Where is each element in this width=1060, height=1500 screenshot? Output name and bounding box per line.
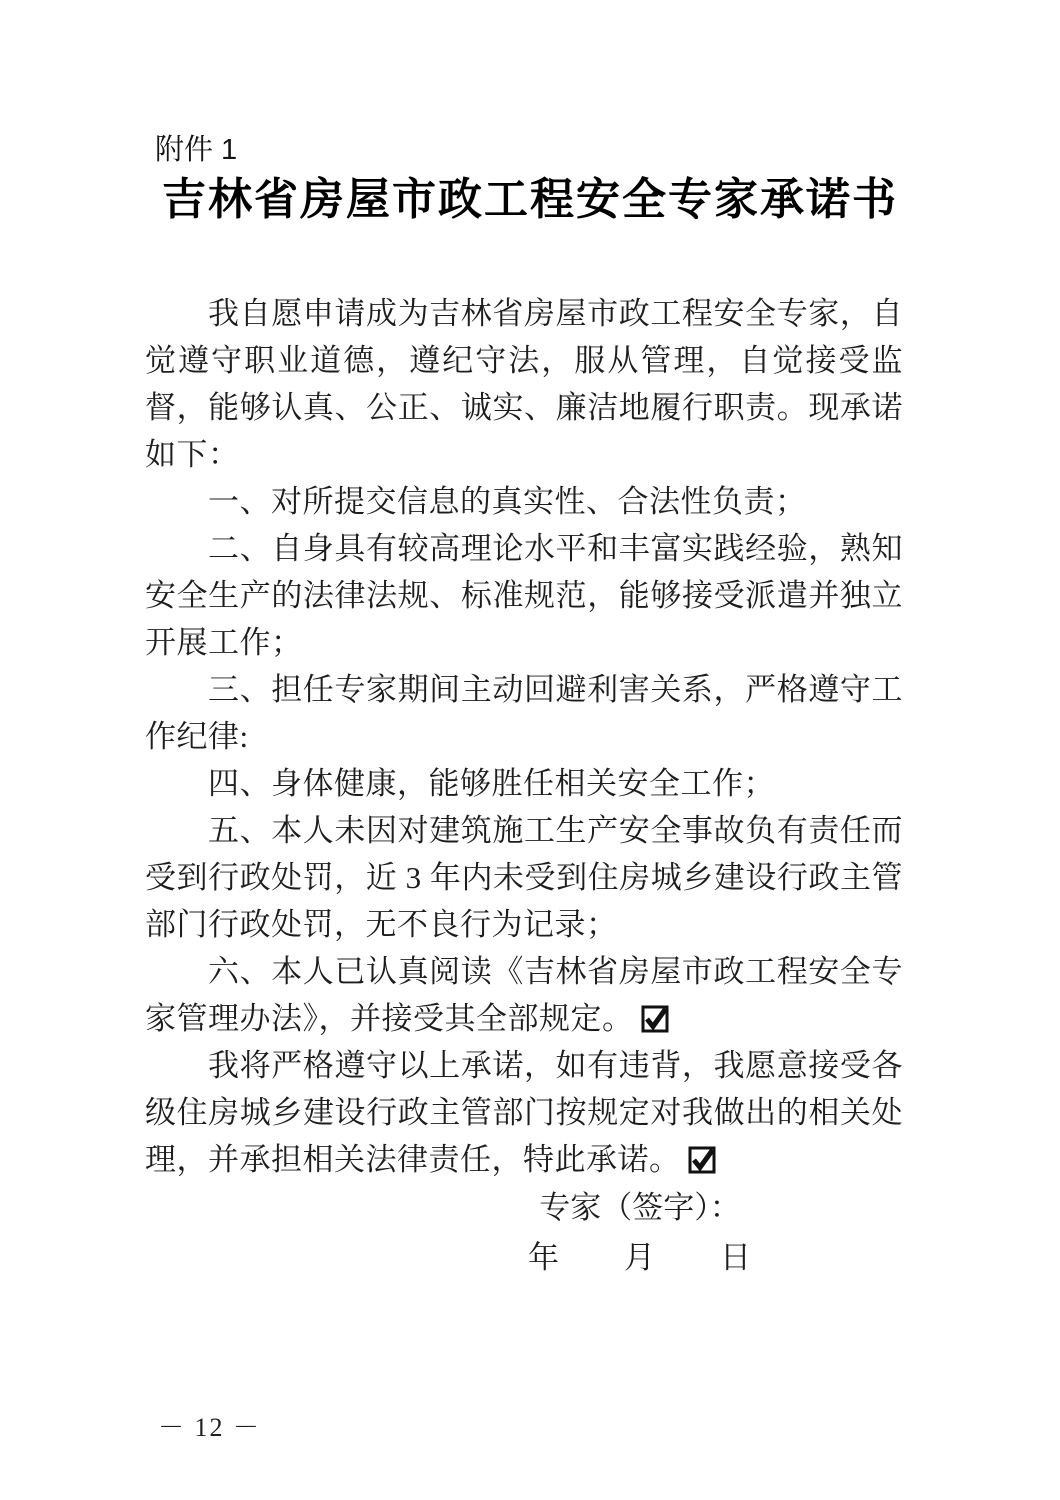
paragraph-item-5: 五、本人未因对建筑施工生产安全事故负有责任而受到行政处罚，近 3 年内未受到住房… — [145, 807, 903, 948]
document-body: 我自愿申请成为吉林省房屋市政工程安全专家，自觉遵守职业道德，遵纪守法，服从管理，… — [145, 290, 903, 1183]
date-line-label: 年 月 日 — [478, 1233, 802, 1283]
paragraph-item-4-text: 四、身体健康，能够胜任相关安全工作； — [208, 766, 775, 801]
paragraph-item-1: 一、对所提交信息的真实性、合法性负责； — [145, 478, 903, 525]
paragraph-intro-text: 我自愿申请成为吉林省房屋市政工程安全专家，自觉遵守职业道德，遵纪守法，服从管理，… — [145, 296, 903, 472]
paragraph-closing: 我将严格遵守以上承诺，如有违背，我愿意接受各级住房城乡建设行政主管部门按规定对我… — [145, 1042, 903, 1183]
document-title: 吉林省房屋市政工程安全专家承诺书 — [150, 176, 910, 224]
paragraph-item-2: 二、自身具有较高理论水平和丰富实践经验，熟知安全生产的法律法规、标准规范，能够接… — [145, 525, 903, 666]
signature-block: 专家（签字）： 年 月 日 — [478, 1183, 802, 1283]
paragraph-item-6-text: 六、本人已认真阅读《吉林省房屋市政工程安全专家管理办法》，并接受其全部规定。 — [145, 954, 903, 1036]
attachment-label: 附件 1 — [155, 133, 237, 168]
checked-checkbox-icon — [641, 1005, 669, 1033]
paragraph-item-2-text: 二、自身具有较高理论水平和丰富实践经验，熟知安全生产的法律法规、标准规范，能够接… — [145, 531, 903, 660]
paragraph-closing-text: 我将严格遵守以上承诺，如有违背，我愿意接受各级住房城乡建设行政主管部门按规定对我… — [145, 1048, 903, 1177]
expert-signature-label: 专家（签字）： — [478, 1183, 802, 1233]
paragraph-intro: 我自愿申请成为吉林省房屋市政工程安全专家，自觉遵守职业道德，遵纪守法，服从管理，… — [145, 290, 903, 478]
checked-checkbox-icon — [688, 1146, 716, 1174]
paragraph-item-1-text: 一、对所提交信息的真实性、合法性负责； — [208, 484, 807, 519]
paragraph-item-3-text: 三、担任专家期间主动回避利害关系，严格遵守工作纪律: — [145, 672, 903, 754]
paragraph-item-5-text: 五、本人未因对建筑施工生产安全事故负有责任而受到行政处罚，近 3 年内未受到住房… — [145, 813, 903, 942]
paragraph-item-3: 三、担任专家期间主动回避利害关系，严格遵守工作纪律: — [145, 666, 903, 760]
document-page: 附件 1 吉林省房屋市政工程安全专家承诺书 我自愿申请成为吉林省房屋市政工程安全… — [0, 0, 1060, 1500]
paragraph-item-6: 六、本人已认真阅读《吉林省房屋市政工程安全专家管理办法》，并接受其全部规定。 — [145, 948, 903, 1042]
page-number: － 12 － — [158, 1412, 261, 1443]
paragraph-item-4: 四、身体健康，能够胜任相关安全工作； — [145, 760, 903, 807]
